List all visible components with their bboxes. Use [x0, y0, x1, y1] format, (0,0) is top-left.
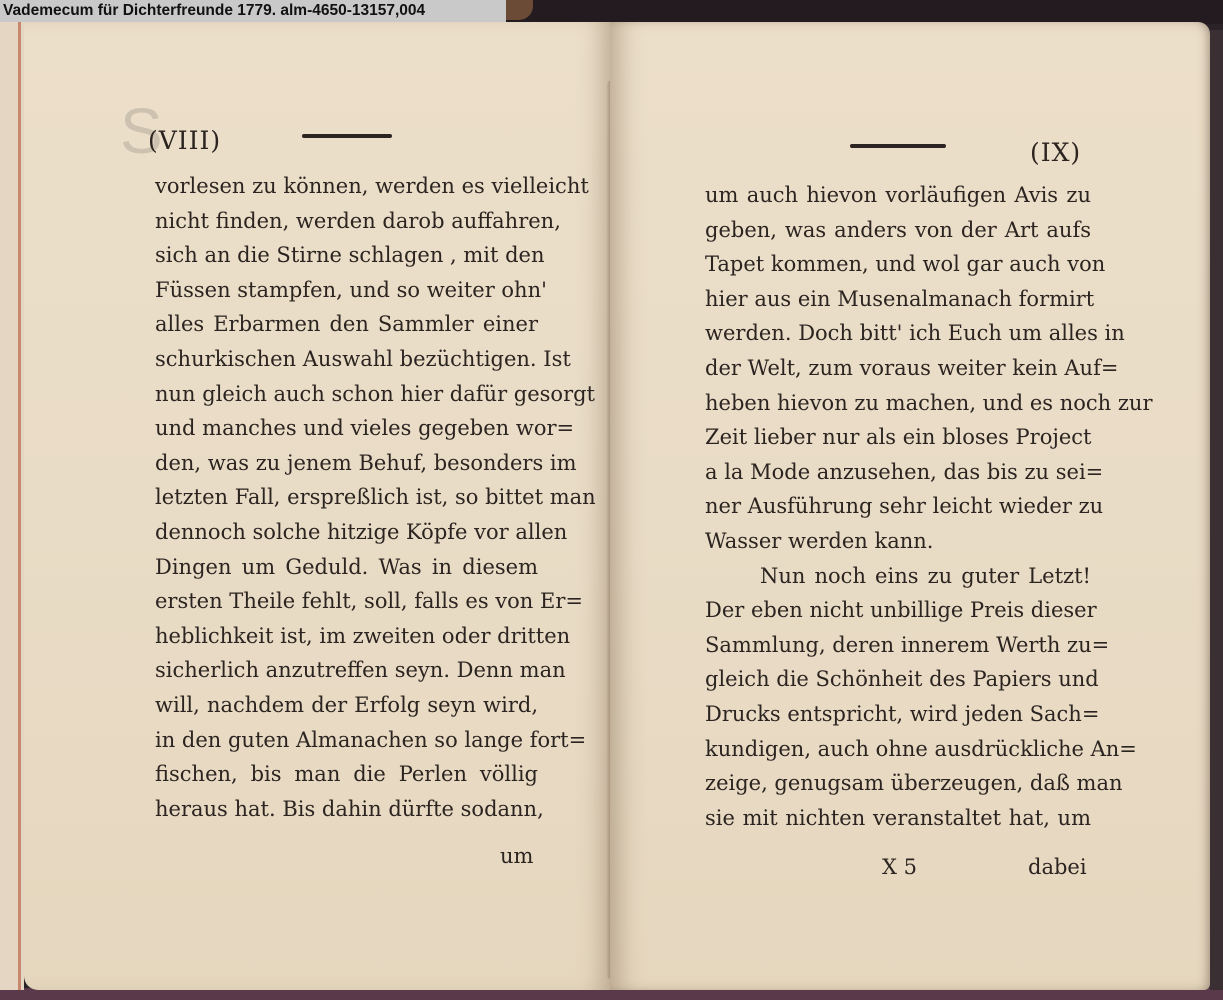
- text-line: heben hievon zu machen, und es noch zur: [705, 386, 1091, 421]
- header-rule: [850, 144, 946, 148]
- right-page-number: (IX): [1030, 138, 1081, 167]
- left-page: S (VIII) vorlesen zu können, werden es v…: [24, 22, 610, 990]
- red-page-edge: [18, 22, 21, 990]
- text-line: ersten Theile fehlt, soll, falls es von …: [155, 584, 538, 619]
- image-caption: Vademecum für Dichterfreunde 1779. alm-4…: [0, 0, 506, 22]
- text-line: sich an die Stirne schlagen , mit den: [155, 238, 538, 273]
- text-line: um auch hievon vorläufigen Avis zu: [705, 178, 1091, 213]
- text-line: der Welt, zum voraus weiter kein Auf=: [705, 351, 1091, 386]
- text-line: heblichkeit ist, im zweiten oder dritten: [155, 619, 538, 654]
- text-line: Der eben nicht unbillige Preis dieser: [705, 593, 1091, 628]
- text-line: nicht finden, werden darob auffahren,: [155, 204, 538, 239]
- header-rule: [302, 134, 392, 138]
- text-line: schurkischen Auswahl bezüchtigen. Ist: [155, 342, 538, 377]
- left-page-number: (VIII): [148, 126, 221, 155]
- text-line: ner Ausführung sehr leicht wieder zu: [705, 489, 1091, 524]
- text-line: will, nachdem der Erfolg seyn wird,: [155, 688, 538, 723]
- text-line: nun gleich auch schon hier dafür gesorgt: [155, 377, 538, 412]
- leather-binding: [503, 0, 533, 20]
- text-line: heraus hat. Bis dahin dürfte sodann,: [155, 792, 538, 827]
- left-page-text: vorlesen zu können, werden es vielleicht…: [155, 169, 538, 826]
- text-line: Dingen um Geduld. Was in diesem: [155, 550, 538, 585]
- text-line: Zeit lieber nur als ein bloses Project: [705, 420, 1091, 455]
- text-line: Füssen stampfen, und so weiter ohn': [155, 273, 538, 308]
- text-line: sie mit nichten veranstaltet hat, um: [705, 801, 1091, 836]
- left-catchword: um: [500, 844, 533, 868]
- text-line: in den guten Almanachen so lange fort=: [155, 723, 538, 758]
- text-line: dennoch solche hitzige Köpfe vor allen: [155, 515, 538, 550]
- right-page-text: um auch hievon vorläufigen Avis zu geben…: [705, 178, 1091, 835]
- signature-mark: X 5: [882, 855, 917, 879]
- text-line: fischen, bis man die Perlen völlig: [155, 757, 538, 792]
- right-page: (IX) um auch hievon vorläufigen Avis zu …: [610, 22, 1210, 990]
- text-line: zeige, genugsam überzeugen, daß man: [705, 766, 1091, 801]
- text-line: a la Mode anzusehen, das bis zu sei=: [705, 455, 1091, 490]
- text-line: und manches und vieles gegeben wor=: [155, 411, 538, 446]
- text-line: sicherlich anzutreffen seyn. Denn man: [155, 653, 538, 688]
- right-cover-edge: [1210, 30, 1223, 990]
- text-line: Tapet kommen, und wol gar auch von: [705, 247, 1091, 282]
- text-line: Wasser werden kann.: [705, 524, 1091, 559]
- text-line: den, was zu jenem Behuf, besonders im: [155, 446, 538, 481]
- text-line: werden. Doch bitt' ich Euch um alles in: [705, 316, 1091, 351]
- left-page-edge: [0, 22, 24, 990]
- text-line: Drucks entspricht, wird jeden Sach=: [705, 697, 1091, 732]
- text-line: Nun noch eins zu guter Letzt!: [705, 559, 1091, 594]
- text-line: Sammlung, deren innerem Werth zu=: [705, 628, 1091, 663]
- text-line: hier aus ein Musenalmanach formirt: [705, 282, 1091, 317]
- book-cover-top: [503, 0, 1223, 24]
- text-line: gleich die Schönheit des Papiers und: [705, 662, 1091, 697]
- text-line: geben, was anders von der Art aufs: [705, 213, 1091, 248]
- text-line: letzten Fall, erspreßlich ist, so bittet…: [155, 480, 538, 515]
- text-line: vorlesen zu können, werden es vielleicht: [155, 169, 538, 204]
- text-line: alles Erbarmen den Sammler einer: [155, 307, 538, 342]
- text-line: kundigen, auch ohne ausdrückliche An=: [705, 732, 1091, 767]
- right-catchword: dabei: [1028, 855, 1087, 879]
